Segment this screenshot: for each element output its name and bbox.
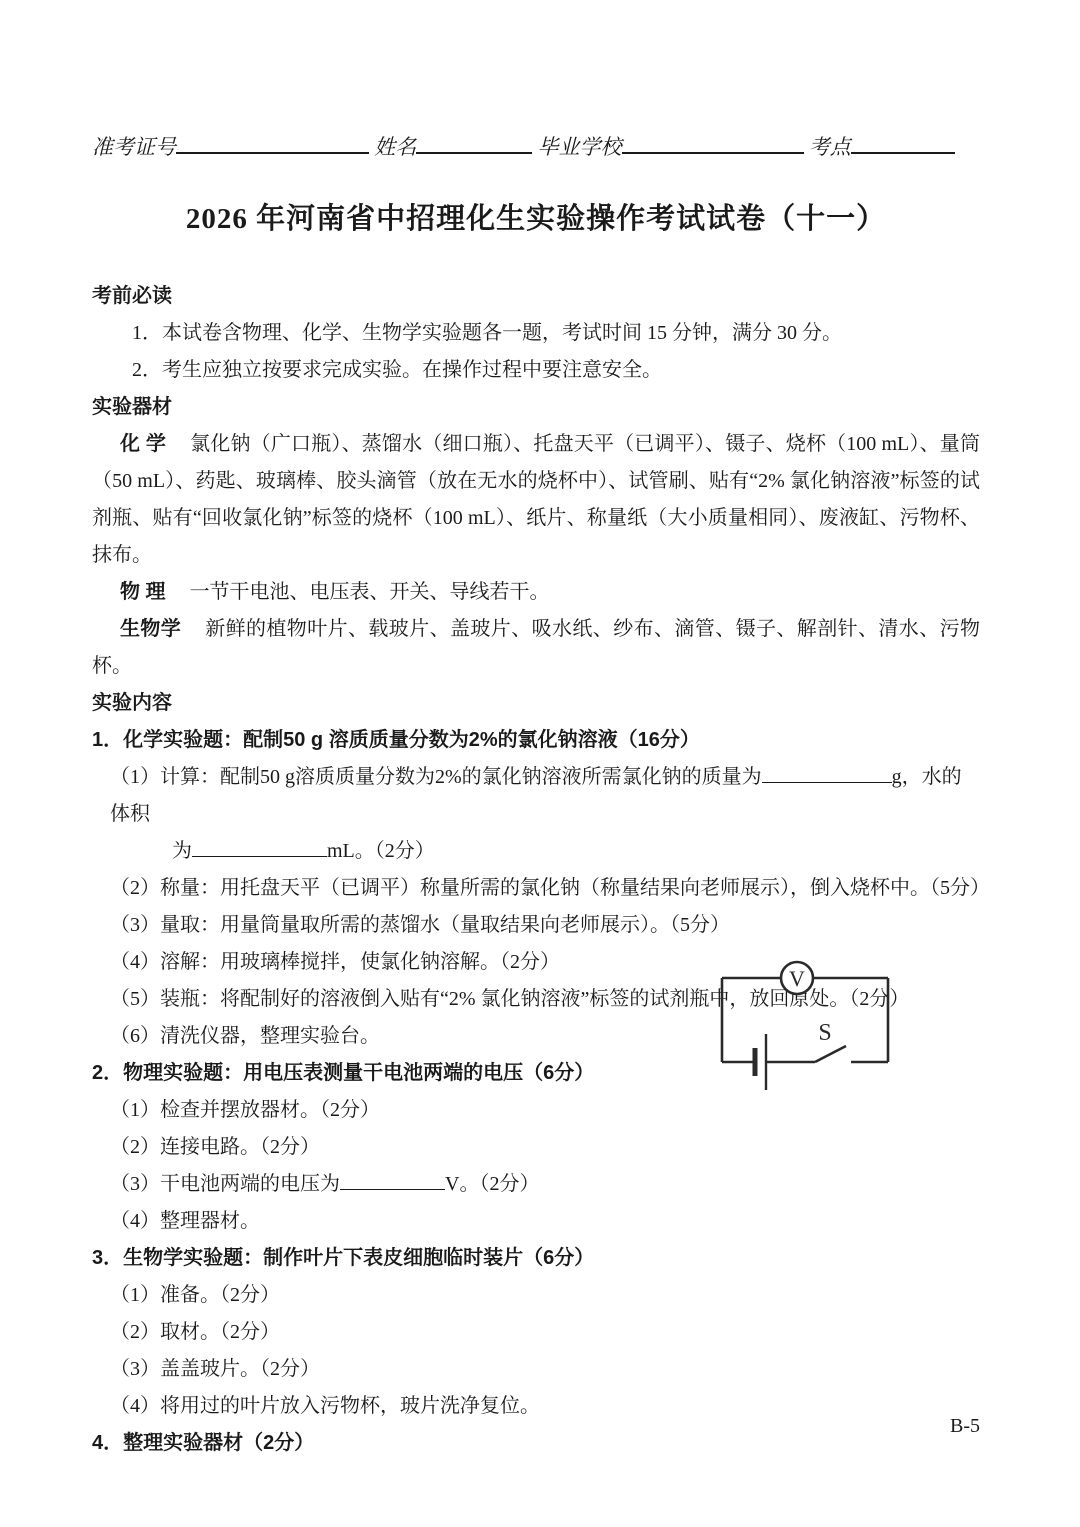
q2-item-2: （2）连接电路。（2分） xyxy=(92,1129,980,1166)
admission-ticket-label: 准考证号 xyxy=(92,135,176,159)
exam-paper-page: 准考证号 姓名 毕业学校 考点 2026 年河南省中招理化生实验操作考试试卷（十… xyxy=(0,0,1080,1527)
q1-item-1-text-a: （1）计算：配制50 g溶质质量分数为2%的氯化钠溶液所需氯化钠的质量为 xyxy=(110,766,762,788)
q2-item-1: （1）检查并摆放器材。（2分） xyxy=(92,1092,980,1129)
q2-item-3: （3）干电池两端的电压为V。（2分） xyxy=(92,1166,980,1203)
q2-item-3-text-b: V。（2分） xyxy=(445,1173,539,1195)
materials-biology-label: 生物学 xyxy=(120,618,181,640)
materials-chemistry-text: 氯化钠（广口瓶）、蒸馏水（细口瓶）、托盘天平（已调平）、镊子、烧杯（100 mL… xyxy=(92,433,980,566)
notice-item-2: 2．考生应独立按要求完成实验。在操作过程中要注意安全。 xyxy=(92,352,980,389)
q1-volume-answer-blank xyxy=(192,842,327,857)
q1-item-2: （2）称量：用托盘天平（已调平）称量所需的氯化钠（称量结果向老师展示），倒入烧杯… xyxy=(92,870,980,907)
q3-item-3: （3）盖盖玻片。（2分） xyxy=(92,1351,980,1388)
q1-item-1-line-2: 为mL。（2分） xyxy=(92,833,980,870)
q2-item-4: （4）整理器材。 xyxy=(92,1203,980,1240)
q2-item-3-text-a: （3）干电池两端的电压为 xyxy=(110,1173,340,1195)
materials-biology-text: 新鲜的植物叶片、载玻片、盖玻片、吸水纸、纱布、滴管、镊子、解剖针、清水、污物杯。 xyxy=(92,618,980,677)
materials-physics-label: 物 理 xyxy=(120,581,166,603)
materials-heading: 实验器材 xyxy=(92,389,980,426)
exam-site-blank xyxy=(851,140,955,154)
name-label: 姓名 xyxy=(374,135,416,159)
notice-heading: 考前必读 xyxy=(92,278,980,315)
materials-chemistry-label: 化 学 xyxy=(120,433,166,455)
circuit-diagram: V S xyxy=(703,948,898,1096)
q1-item-1-text-d: mL。（2分） xyxy=(327,840,435,862)
voltmeter-label: V xyxy=(789,966,805,991)
q3-item-4: （4）将用过的叶片放入污物杯，玻片洗净复位。 xyxy=(92,1388,980,1425)
page-number: B-5 xyxy=(950,1412,980,1440)
candidate-info-row: 准考证号 姓名 毕业学校 考点 xyxy=(92,130,980,164)
q1-item-1-text-c: 为 xyxy=(172,840,192,862)
q2-voltage-answer-blank xyxy=(340,1175,445,1190)
graduate-school-blank xyxy=(622,140,804,154)
graduate-school-label: 毕业学校 xyxy=(538,135,622,159)
q1-title: 1．化学实验题：配制50 g 溶质质量分数为2%的氯化钠溶液（16分） xyxy=(92,722,980,759)
materials-physics: 物 理一节干电池、电压表、开关、导线若干。 xyxy=(92,574,980,611)
paper-body: 考前必读 1．本试卷含物理、化学、生物学实验题各一题，考试时间 15 分钟，满分… xyxy=(92,278,980,1462)
q3-item-1: （1）准备。（2分） xyxy=(92,1277,980,1314)
notice-item-1: 1．本试卷含物理、化学、生物学实验题各一题，考试时间 15 分钟，满分 30 分… xyxy=(92,315,980,352)
materials-physics-text: 一节干电池、电压表、开关、导线若干。 xyxy=(190,581,550,603)
materials-chemistry: 化 学氯化钠（广口瓶）、蒸馏水（细口瓶）、托盘天平（已调平）、镊子、烧杯（100… xyxy=(92,426,980,574)
switch-label: S xyxy=(818,1020,831,1046)
q1-item-1-line-1: （1）计算：配制50 g溶质质量分数为2%的氯化钠溶液所需氯化钠的质量为g，水的… xyxy=(92,759,980,833)
q1-item-3: （3）量取：用量筒量取所需的蒸馏水（量取结果向老师展示）。（5分） xyxy=(92,907,980,944)
page-title: 2026 年河南省中招理化生实验操作考试试卷（十一） xyxy=(92,197,980,241)
exam-site-label: 考点 xyxy=(809,135,851,159)
q4-title: 4．整理实验器材（2分） xyxy=(92,1425,980,1462)
q1-mass-answer-blank xyxy=(762,768,892,783)
content-heading: 实验内容 xyxy=(92,685,980,722)
q3-title: 3．生物学实验题：制作叶片下表皮细胞临时装片（6分） xyxy=(92,1240,980,1277)
admission-ticket-blank xyxy=(176,140,369,154)
materials-biology: 生物学新鲜的植物叶片、载玻片、盖玻片、吸水纸、纱布、滴管、镊子、解剖针、清水、污… xyxy=(92,611,980,685)
name-blank xyxy=(416,140,532,154)
q3-item-2: （2）取材。（2分） xyxy=(92,1314,980,1351)
